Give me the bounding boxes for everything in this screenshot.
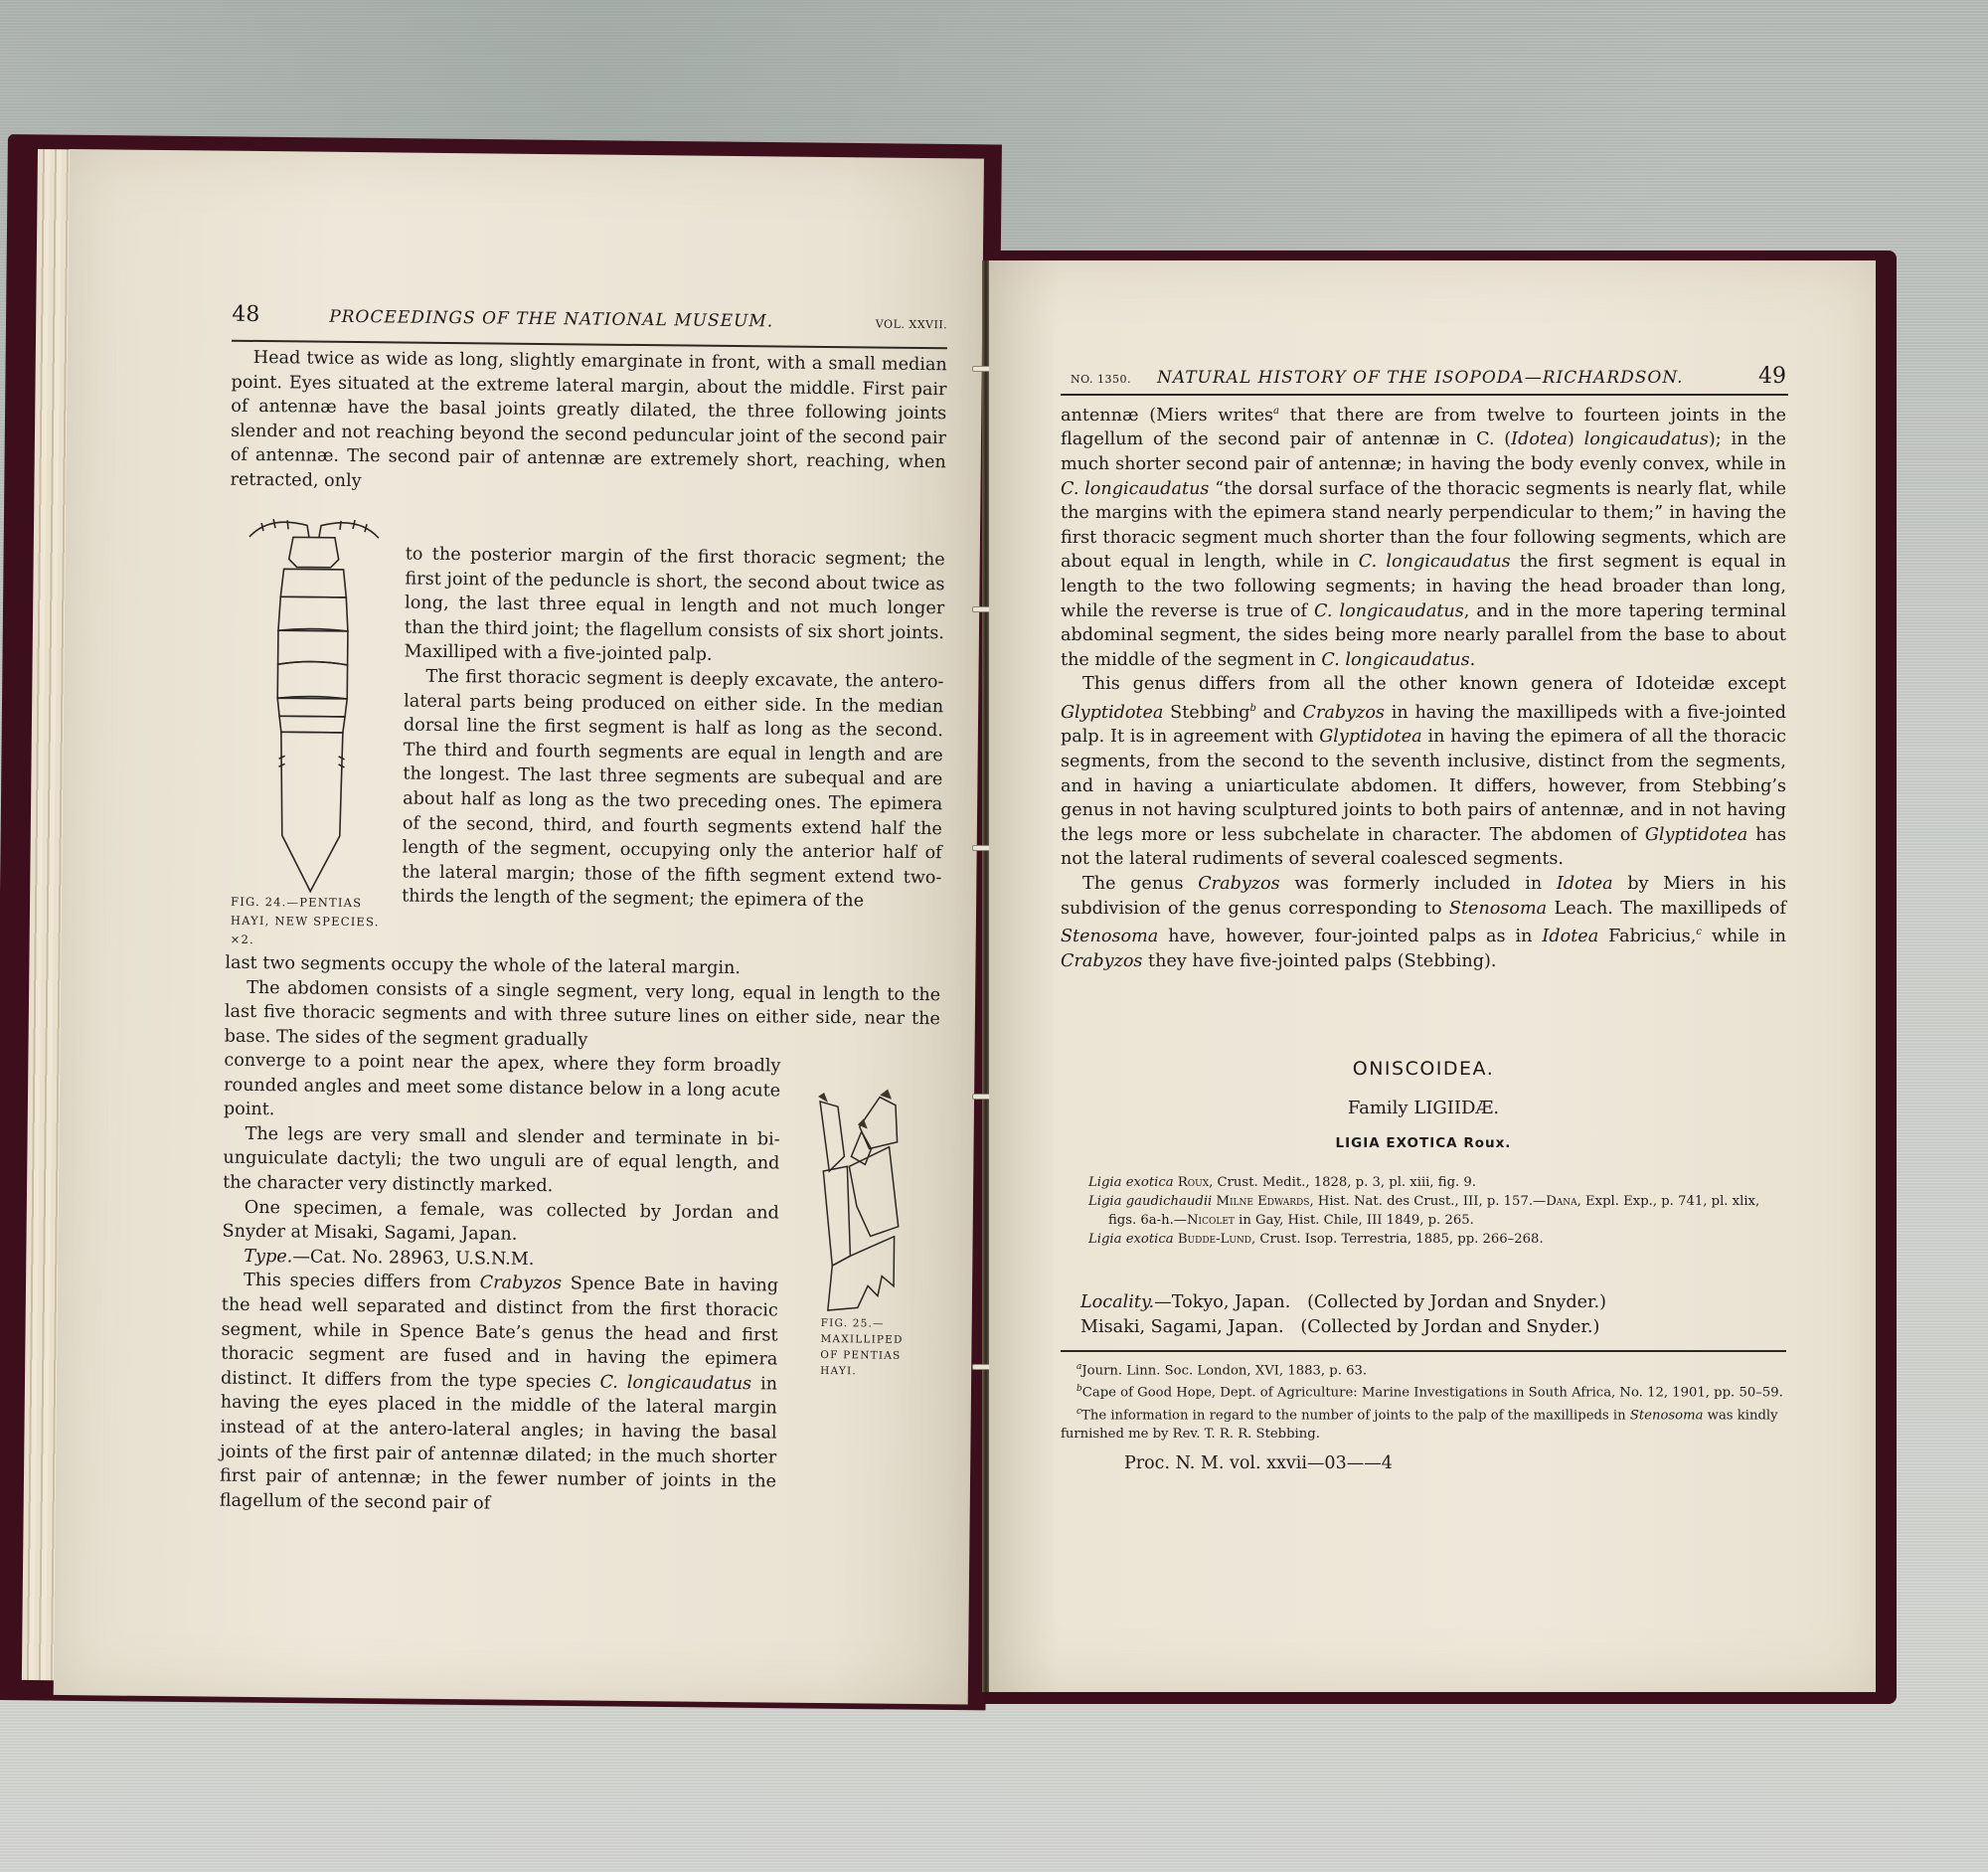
paragraph-head-description: Head twice as wide as long, slightly ema…: [230, 346, 947, 500]
running-title-left: PROCEEDINGS OF THE NATIONAL MUSEUM.: [329, 307, 773, 332]
right-page: NO. 1350. NATURAL HISTORY OF THE ISOPODA…: [989, 260, 1876, 1692]
page-number-right: 49: [1758, 364, 1786, 389]
species-heading: LIGIA EXOTICA Roux.: [1061, 1135, 1786, 1151]
page-number-left: 48: [232, 302, 259, 327]
footnote-a: aJourn. Linn. Soc. London, XVI, 1883, p.…: [1061, 1358, 1786, 1380]
paragraph-legs-specimen: converge to a point near the apex, where…: [220, 1049, 781, 1519]
figure-25-maxilliped-drawing: [798, 1087, 919, 1316]
header-rule-right: [1061, 394, 1788, 396]
figure-24-isopod-drawing: [236, 507, 389, 897]
figure-24-caption: Fig. 24.—Pentias hayi, new species. ×2.: [231, 893, 391, 951]
synonymy-entry: Ligia exotica Budde-Lund, Crust. Isop. T…: [1088, 1230, 1784, 1249]
footnote-b: bCape of Good Hope, Dept. of Agriculture…: [1061, 1380, 1786, 1402]
right-running-head: NO. 1350. NATURAL HISTORY OF THE ISOPODA…: [1071, 364, 1786, 389]
synonymy-entry: Ligia exotica Roux, Crust. Medit., 1828,…: [1088, 1173, 1784, 1192]
left-running-head: 48 PROCEEDINGS OF THE NATIONAL MUSEUM. V…: [232, 302, 947, 335]
locality-block: Locality.—Tokyo, Japan. (Collected by Jo…: [1080, 1290, 1776, 1339]
signature-mark: Proc. N. M. vol. xxvii—03——4: [1124, 1453, 1393, 1473]
series-number: NO. 1350.: [1071, 373, 1131, 386]
paragraph-antennae-wrap: to the posterior margin of the first tho…: [402, 543, 945, 916]
left-page: 48 PROCEEDINGS OF THE NATIONAL MUSEUM. V…: [54, 149, 984, 1705]
synonymy-entry: Ligia gaudichaudii Milne Edwards, Hist. …: [1088, 1192, 1784, 1230]
footnote-rule: [1061, 1350, 1786, 1352]
family-heading: Family LIGIIDÆ.: [1061, 1098, 1786, 1118]
footnotes: aJourn. Linn. Soc. London, XVI, 1883, p.…: [1061, 1358, 1786, 1444]
volume-label: VOL. XXVII.: [876, 318, 947, 332]
paragraph-abdomen: last two segments occupy the whole of th…: [225, 951, 941, 1057]
synonymy-list: Ligia exotica Roux, Crust. Medit., 1828,…: [1088, 1173, 1784, 1249]
footnote-c: cThe information in regard to the number…: [1061, 1403, 1786, 1444]
figure-25-caption: Fig. 25.—Maxilliped of Pentias hayi.: [820, 1315, 925, 1380]
paragraph-comparison: antennæ (Miers writesa that there are fr…: [1061, 400, 1786, 973]
type-label: Type.: [244, 1247, 292, 1268]
running-title-right: NATURAL HISTORY OF THE ISOPODA—RICHARDSO…: [1157, 368, 1684, 388]
section-heading-oniscoidea: ONISCOIDEA.: [1061, 1058, 1786, 1080]
